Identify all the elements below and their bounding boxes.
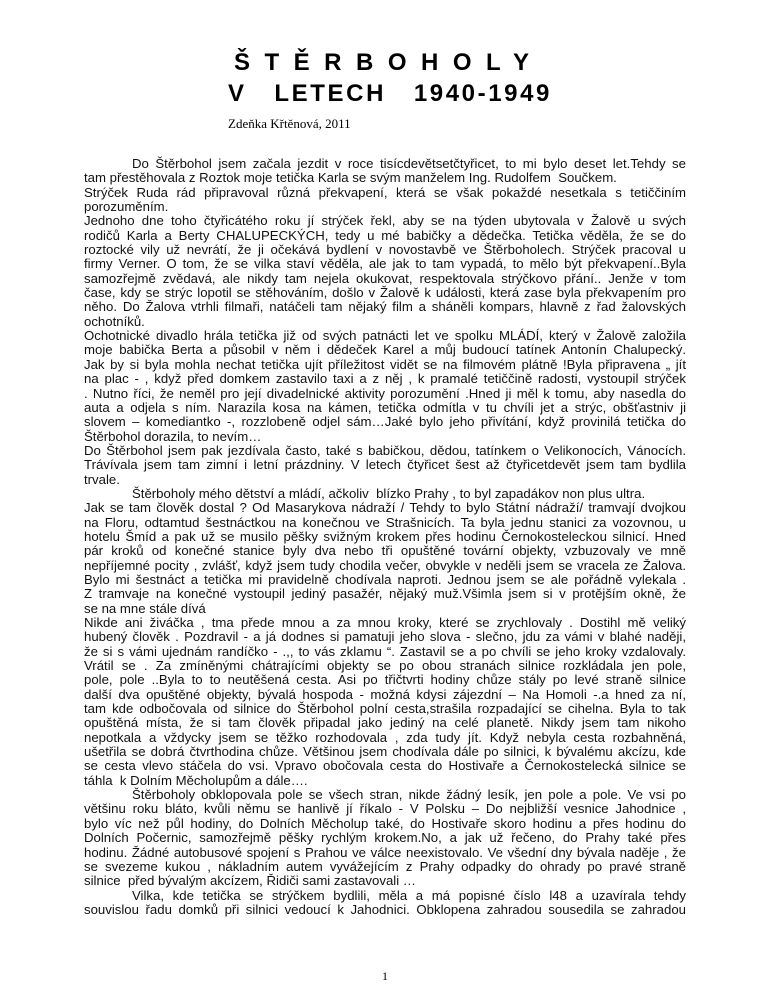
- text-line: další dva opuštěné objekty, bývalá hospo…: [84, 688, 686, 702]
- text-line: na plac - , když před domkem zastavilo t…: [84, 372, 686, 386]
- text-line: že si s vámi ujednám randíčko - .,, to v…: [84, 645, 686, 659]
- text-line: se na mne stále dívá: [84, 602, 686, 616]
- title-line-1: ŠTĚRBOHOLY: [234, 49, 543, 77]
- text-line: nepříjemné pocity , zvlášť, když jsem tu…: [84, 559, 686, 573]
- title-line-2: V LETECH 1940-1949: [228, 80, 552, 108]
- text-line: porozuměním.: [84, 200, 686, 214]
- text-line: nepotkala a vždycky jsem se těžko rozhod…: [84, 731, 686, 745]
- text-line: Štěrboholy obklopovala pole se všech str…: [84, 788, 686, 802]
- text-line: samozřejmě zvědavá, ale nikdy tam nejela…: [84, 272, 686, 286]
- text-line: Ochotnické divadlo hrála tetička již od …: [84, 329, 686, 343]
- text-line: pole, pole ..Byla to to neutěšená cesta.…: [84, 673, 686, 687]
- text-line: roztocké vily už nevrátí, že ji očekává …: [84, 243, 686, 257]
- page-number: 1: [382, 969, 388, 983]
- text-line: Bylo mi šestnáct a tetička mi pravidelně…: [84, 573, 686, 587]
- body-text: Do Štěrbohol jsem začala jezdit v roce t…: [84, 157, 686, 917]
- text-line: většinu roku bláto, kvůli němu se hanliv…: [84, 802, 686, 816]
- text-line: auta a odjela s ním. Narazila kosa na ká…: [84, 401, 686, 415]
- text-line: se cesta vlevo stáčela do vsi. Vpravo ob…: [84, 759, 686, 773]
- text-line: táhla k Dolním Měcholupům a dále….: [84, 774, 686, 788]
- text-line: něho. Do Žalova vtrhli filmaři, natáčeli…: [84, 300, 686, 314]
- text-line: Vilka, kde tetička se strýčkem bydlili, …: [84, 889, 686, 903]
- text-line: Jednoho dne toho čtyřicátého roku jí str…: [84, 214, 686, 228]
- text-line: rodičů Karla a Berty CHALUPECKÝCH, tedy …: [84, 229, 686, 243]
- text-line: tam kde odbočovala od silnice do Štěrboh…: [84, 702, 686, 716]
- text-line: čase, kdy se strýc lopotil se stěhováním…: [84, 286, 686, 300]
- text-line: Do Štěrbohol jsem začala jezdit v roce t…: [84, 157, 686, 171]
- text-line: bylo víc než půl hodiny, do Dolních Měch…: [84, 817, 686, 831]
- text-line: hodinu. Žádné autobusové spojení s Praho…: [84, 846, 686, 860]
- text-line: ušetřila se dobrá čtvrthodina chůze. Vět…: [84, 745, 686, 759]
- text-line: Nikde ani živáčka , tma přede mnou a za …: [84, 616, 686, 630]
- text-line: Strýček Ruda rád připravoval různá překv…: [84, 186, 686, 200]
- text-line: pár kroků od konečné stanice byly dva ne…: [84, 544, 686, 558]
- text-line: Jak se tam člověk dostal ? Od Masarykova…: [84, 501, 686, 515]
- text-line: firmy Verner. O tom, že se vilka staví v…: [84, 257, 686, 271]
- text-line: opuštěná místa, že si tam člověk připada…: [84, 716, 686, 730]
- text-line: . Nutno říci, že neměl pro její divadeln…: [84, 387, 686, 401]
- text-line: Štěrbohol dorazila, to nevím…: [84, 430, 686, 444]
- text-line: hotelu Šmíd a pak už se musilo pěšky svi…: [84, 530, 686, 544]
- text-line: ochotníků.: [84, 315, 686, 329]
- text-line: Trávívala jsem tam zimní i letní prázdni…: [84, 458, 686, 472]
- text-line: Z tramvaje na konečné vystoupil jediný p…: [84, 587, 686, 601]
- text-line: Vrátil se . Za zmíněnými chátrajícími ob…: [84, 659, 686, 673]
- text-line: na Floru, odtamtud šestnáctkou na konečn…: [84, 516, 686, 530]
- text-line: trvale.: [84, 473, 686, 487]
- document-page: ŠTĚRBOHOLY V LETECH 1940-1949 Zdeňka Křt…: [0, 0, 768, 994]
- text-line: Štěrboholy mého dětství a mládí, ačkoliv…: [84, 487, 686, 501]
- text-line: Jak by si byla mohla nechat tetička ujít…: [84, 358, 686, 372]
- text-line: Do Štěrbohol jsem pak jezdívala často, t…: [84, 444, 686, 458]
- text-line: souvislou řadu domků při silnici vedoucí…: [84, 903, 686, 917]
- text-line: moje babička Berta a působil v něm i děd…: [84, 343, 686, 357]
- text-line: Dolních Počernic, samozřejmě pěšky rychl…: [84, 831, 686, 845]
- author-line: Zdeňka Křtěnová, 2011: [228, 116, 351, 132]
- text-line: hubený člověk . Pozdravil - a já dodnes …: [84, 630, 686, 644]
- text-line: se svezeme kukou , nákladním autem vyváž…: [84, 860, 686, 874]
- text-line: silnice před bývalým akcízem, Řidiči sam…: [84, 874, 686, 888]
- text-line: tam přestěhovala z Roztok moje tetička K…: [84, 171, 686, 185]
- text-line: slovem – komediantko -, rozzlobeně odjel…: [84, 415, 686, 429]
